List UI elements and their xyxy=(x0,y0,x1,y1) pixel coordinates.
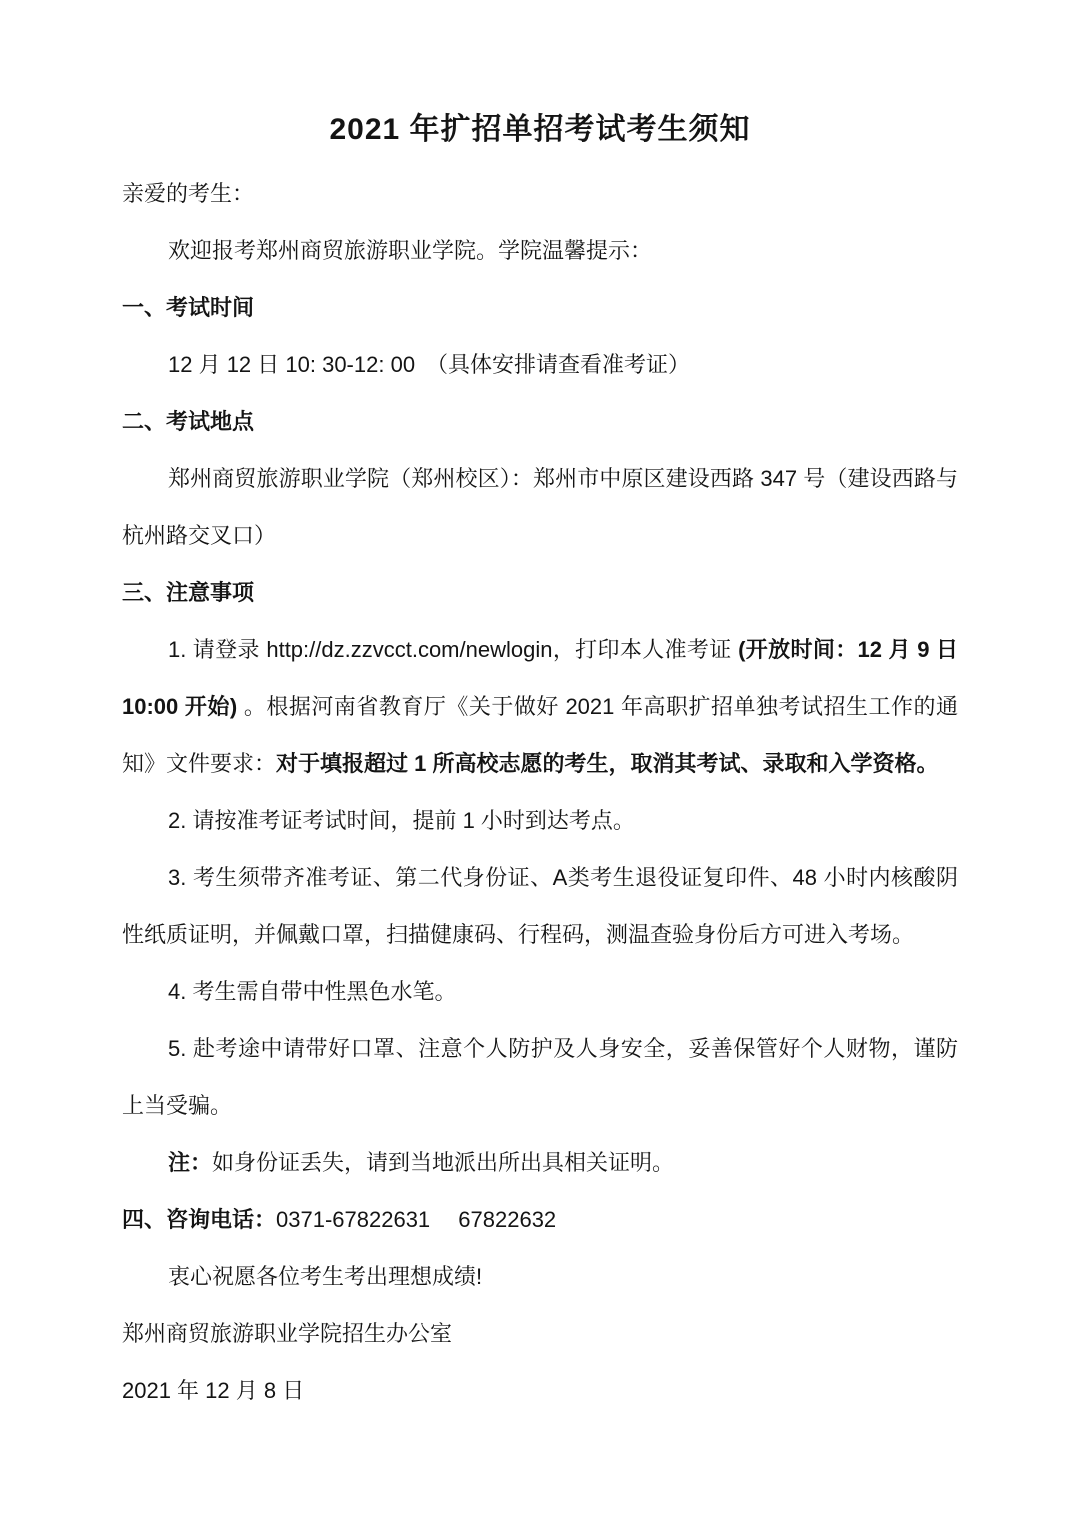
page-title: 2021 年扩招单招考试考生须知 xyxy=(122,95,958,165)
section-3-heading: 三、注意事项 xyxy=(122,564,958,621)
exam-time-text: 12 月 12 日 10: 30-12: 00 （具体安排请查看准考证） xyxy=(122,336,958,393)
welcome-line: 欢迎报考郑州商贸旅游职业学院。学院温馨提示： xyxy=(122,222,958,279)
notice-document-page: 2021 年扩招单招考试考生须知 亲爱的考生： 欢迎报考郑州商贸旅游职业学院。学… xyxy=(0,0,1080,1527)
notice-item-3: 3. 考生须带齐准考证、第二代身份证、A类考生退役证复印件、48 小时内核酸阴性… xyxy=(122,849,958,963)
disqualification-warning-bold-text: 对于填报超过 1 所高校志愿的考生，取消其考试、录取和入学资格。 xyxy=(276,751,938,776)
id-card-note-label: 注： xyxy=(168,1150,212,1175)
notice-item-1-after-url: ，打印本人准考证 xyxy=(552,637,738,662)
section-4-heading-label: 四、咨询电话： xyxy=(122,1207,276,1232)
notice-item-5: 5. 赴考途中请带好口罩、注意个人防护及人身安全，妥善保管好个人财物，谨防上当受… xyxy=(122,1020,958,1134)
id-card-note-text: 如身份证丢失，请到当地派出所出具相关证明。 xyxy=(212,1150,674,1175)
id-card-note: 注：如身份证丢失，请到当地派出所出具相关证明。 xyxy=(122,1134,958,1191)
contact-phone-numbers: 0371-67822631 67822632 xyxy=(276,1207,556,1232)
section-4-contact-line: 四、咨询电话：0371-67822631 67822632 xyxy=(122,1191,958,1248)
section-2-heading: 二、考试地点 xyxy=(122,393,958,450)
exam-login-url: http://dz.zzvcct.com/newlogin xyxy=(266,637,552,662)
notice-item-1: 1. 请登录 http://dz.zzvcct.com/newlogin，打印本… xyxy=(122,621,958,792)
exam-location-text: 郑州商贸旅游职业学院（郑州校区）：郑州市中原区建设西路 347 号（建设西路与杭… xyxy=(122,450,958,564)
salutation: 亲爱的考生： xyxy=(122,165,958,222)
date-line: 2021 年 12 月 8 日 xyxy=(122,1362,958,1419)
notice-item-1-lead: 1. 请登录 xyxy=(168,637,266,662)
notice-item-4: 4. 考生需自带中性黑色水笔。 xyxy=(122,963,958,1020)
wish-line: 衷心祝愿各位考生考出理想成绩! xyxy=(122,1248,958,1305)
section-1-heading: 一、考试时间 xyxy=(122,279,958,336)
notice-item-2: 2. 请按准考证考试时间，提前 1 小时到达考点。 xyxy=(122,792,958,849)
signature-line: 郑州商贸旅游职业学院招生办公室 xyxy=(122,1305,958,1362)
